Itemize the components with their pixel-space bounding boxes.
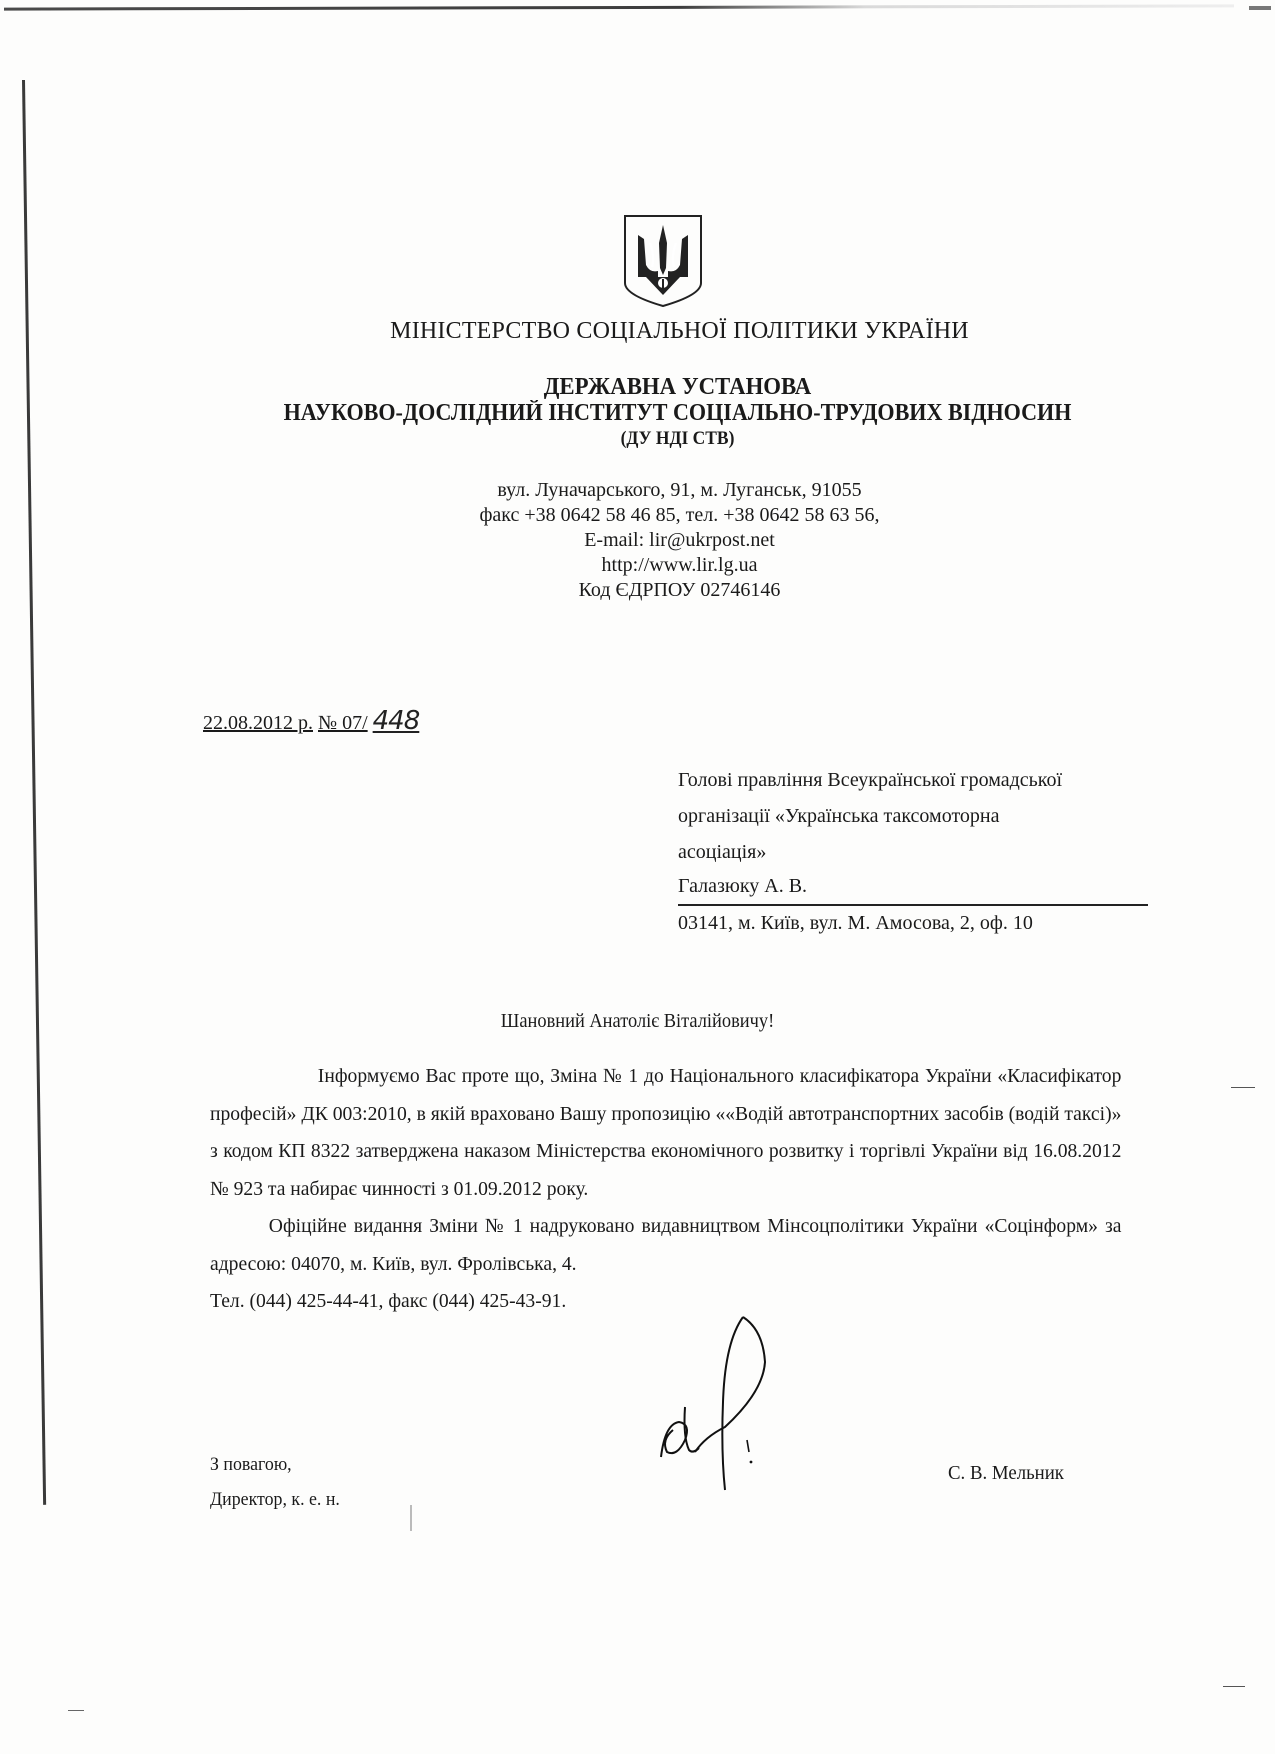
- salutation: Шановний Анатоліє Віталійовичу!: [51, 1010, 1224, 1033]
- scan-mark: [1231, 1087, 1255, 1088]
- org-abbreviation: (ДУ НДІ СТВ): [91, 428, 1264, 450]
- signature-icon: [655, 1312, 785, 1492]
- addressee-name: Галазюку А. В.: [678, 870, 1148, 906]
- closing-block: З повагою, Директор, к. е. н.: [210, 1447, 340, 1517]
- scan-mark: [68, 1710, 84, 1711]
- addressee-block: Голові правління Всеукраїнської громадсь…: [678, 762, 1148, 940]
- reference-number-prefix: № 07/: [318, 712, 368, 734]
- signer-name: С. В. Мельник: [948, 1462, 1064, 1485]
- contact-email: E-mail: lir@ukrpost.net: [42, 528, 1275, 553]
- letter-body: Інформуємо Вас проте що, Зміна № 1 до На…: [210, 1058, 1121, 1321]
- addressee-line: організації «Українська таксомоторна: [678, 798, 1148, 834]
- addressee-line: Голові правління Всеукраїнської громадсь…: [678, 762, 1148, 798]
- addressee-line: асоціація»: [678, 834, 1148, 870]
- scan-mark: [410, 1505, 412, 1531]
- body-paragraph: Інформуємо Вас проте що, Зміна № 1 до На…: [210, 1058, 1121, 1208]
- addressee-address: 03141, м. Київ, вул. М. Амосова, 2, оф. …: [678, 906, 1148, 940]
- scan-edge-mark: [1249, 6, 1271, 10]
- signer-title: Директор, к. е. н.: [210, 1482, 340, 1517]
- contact-edrpou: Код ЄДРПОУ 02746146: [42, 578, 1275, 603]
- scan-edge-left: [22, 80, 46, 1505]
- scan-mark: [1223, 1686, 1245, 1687]
- reference-date: 22.08.2012 р.: [203, 712, 313, 734]
- contact-phone-fax: факс +38 0642 58 46 85, тел. +38 0642 58…: [42, 503, 1275, 528]
- outgoing-reference: 22.08.2012 р. № 07/ 448: [203, 706, 419, 736]
- contact-website: http://www.lir.lg.ua: [42, 553, 1275, 578]
- contact-address: вул. Луначарського, 91, м. Луганськ, 910…: [42, 478, 1275, 503]
- org-name: НАУКОВО-ДОСЛІДНИЙ ІНСТИТУТ СОЦІАЛЬНО-ТРУ…: [91, 400, 1264, 427]
- org-contacts: вул. Луначарського, 91, м. Луганськ, 910…: [42, 478, 1275, 603]
- body-paragraph: Офіційне видання Зміни № 1 надруковано в…: [210, 1208, 1121, 1283]
- closing-regards: З повагою,: [210, 1447, 340, 1482]
- ministry-name: МІНІСТЕРСТВО СОЦІАЛЬНОЇ ПОЛІТИКИ УКРАЇНИ: [42, 318, 1275, 345]
- org-type: ДЕРЖАВНА УСТАНОВА: [72, 374, 1275, 401]
- coat-of-arms-icon: [622, 213, 704, 309]
- reference-number-handwritten: 448: [373, 706, 420, 736]
- scan-edge-top: [4, 4, 1234, 10]
